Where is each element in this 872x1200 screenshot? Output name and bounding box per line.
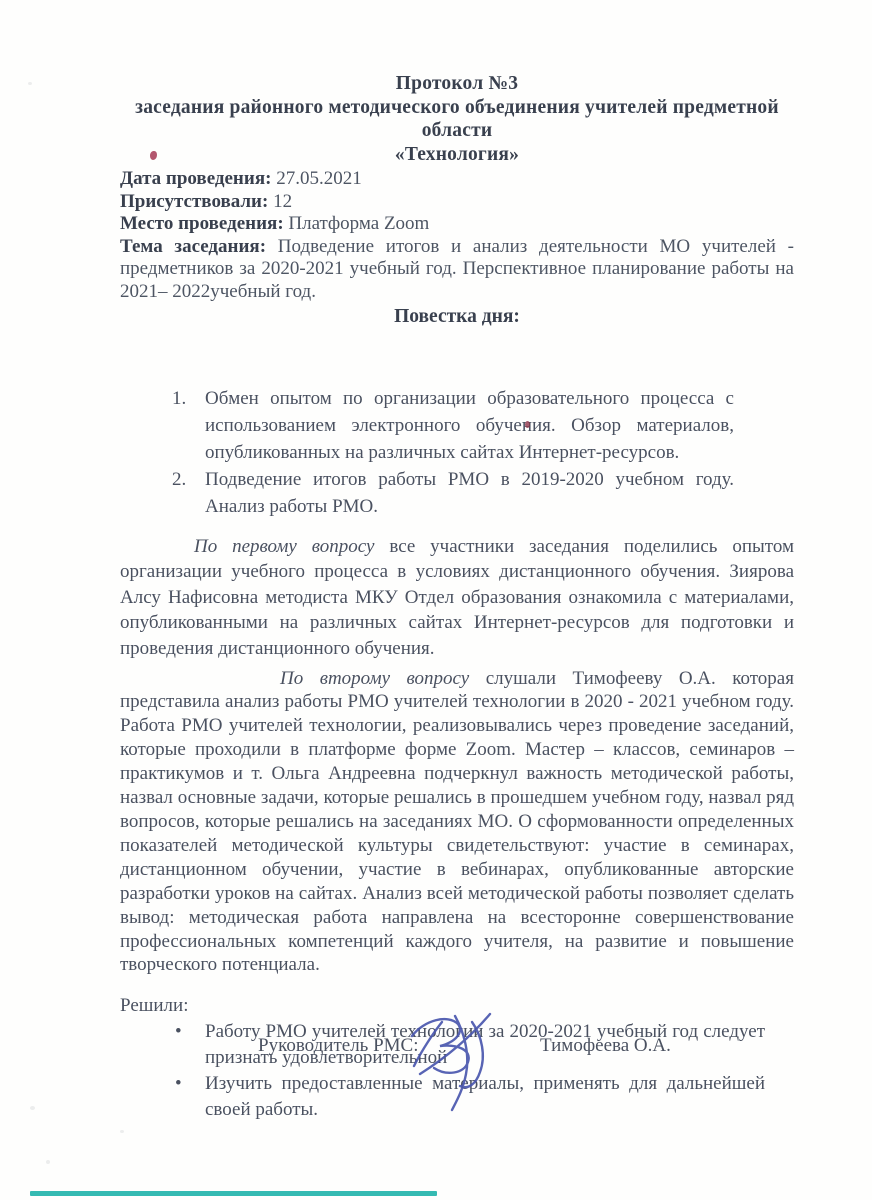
- meta-place-label: Место проведения:: [120, 213, 284, 234]
- agenda-item: 2. Подведение итогов работы РМО в 2019-2…: [172, 466, 734, 520]
- agenda-list: 1. Обмен опытом по организации образоват…: [172, 385, 734, 520]
- meta-topic: Тема заседания: Подведение итогов и анал…: [120, 236, 794, 304]
- meta-date-value: 27.05.2021: [276, 168, 362, 189]
- scan-dust: [120, 1130, 124, 1133]
- scan-dust: [28, 82, 32, 85]
- document-content: Протокол №3 заседания районного методиче…: [0, 0, 872, 1123]
- agenda-item: 1. Обмен опытом по организации образоват…: [172, 385, 734, 466]
- agenda-item-text: Подведение итогов работы РМО в 2019-2020…: [205, 466, 734, 520]
- agenda-heading: Повестка дня:: [120, 305, 794, 329]
- meta-attendees: Присутствовали: 12: [120, 191, 794, 214]
- paragraph-lead-italic: По второму вопросу: [280, 668, 469, 689]
- paragraph-lead-italic: По первому вопросу: [194, 536, 374, 557]
- paragraph-second-question: По второму вопросу слушали Тимофееву О.А…: [120, 667, 794, 978]
- title-line-3: «Технология»: [120, 143, 794, 167]
- signature-role-label: Руководитель РМС:: [258, 1035, 419, 1057]
- meta-date: Дата проведения: 27.05.2021: [120, 168, 794, 191]
- signature-row: Руководитель РМС: Тимофеева О.А.: [0, 1028, 872, 1118]
- meta-topic-label: Тема заседания:: [120, 236, 266, 257]
- signature-name: Тимофеева О.А.: [540, 1035, 671, 1057]
- meta-block: Дата проведения: 27.05.2021 Присутствова…: [120, 168, 794, 304]
- paragraph-body: слушали Тимофееву О.А. которая представи…: [120, 668, 794, 976]
- title-line-2: заседания районного методического объеди…: [120, 96, 794, 143]
- scan-speck-red: [525, 421, 530, 428]
- title-line-1: Протокол №3: [120, 72, 794, 96]
- scanned-protocol-page: Протокол №3 заседания районного методиче…: [0, 0, 872, 1200]
- scan-dust: [46, 1160, 50, 1164]
- agenda-item-number: 2.: [172, 466, 205, 520]
- agenda-item-text: Обмен опытом по организации образователь…: [205, 385, 734, 466]
- scan-dust: [30, 1106, 35, 1110]
- agenda-item-number: 1.: [172, 385, 205, 466]
- scan-edge-teal-strip: [30, 1191, 437, 1196]
- meta-date-label: Дата проведения:: [120, 168, 271, 189]
- paragraph-first-question: По первому вопросу все участники заседан…: [120, 534, 794, 662]
- document-title: Протокол №3 заседания районного методиче…: [120, 72, 794, 166]
- meta-place-value: Платформа Zoom: [288, 213, 429, 234]
- signature-image: [408, 1002, 508, 1120]
- meta-place: Место проведения: Платформа Zoom: [120, 213, 794, 236]
- meta-attendees-label: Присутствовали:: [120, 191, 268, 212]
- meta-attendees-value: 12: [273, 191, 292, 212]
